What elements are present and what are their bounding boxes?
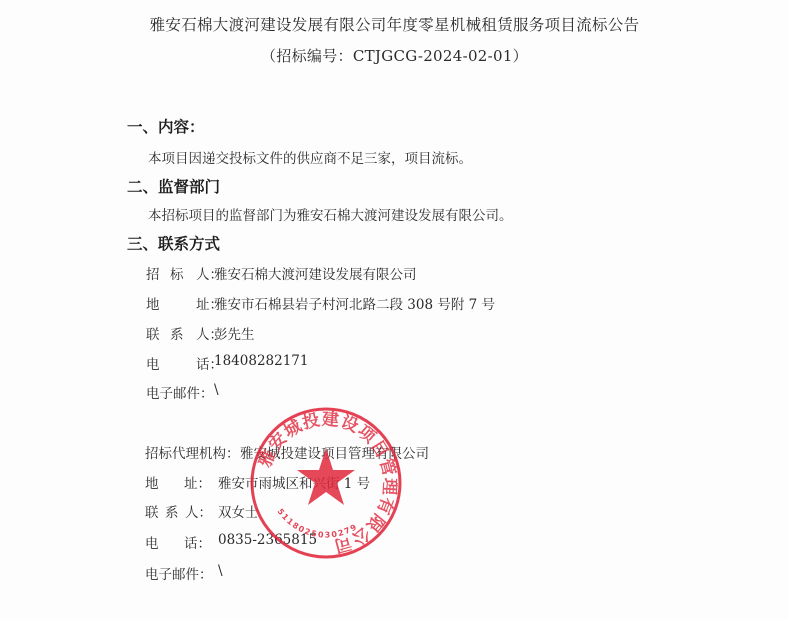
agency-email-label: 电子邮件：	[145, 563, 213, 583]
contact-label: 联系人：	[146, 323, 223, 343]
agency-address-row: 地址： 雅安市雨城区和兴街 1 号	[145, 472, 545, 492]
agency-contact-label: 联系人：	[145, 501, 212, 521]
contact-value: 彭先生	[214, 323, 255, 343]
agency-label: 招标代理机构：	[145, 442, 240, 462]
section-heading-contact: 三、联系方式	[127, 232, 220, 254]
tender-number: （招标编号：CTJGCG-2024-02-01）	[0, 45, 789, 66]
agency-phone-label: 电话：	[145, 532, 211, 552]
tenderer-email-row: 电子邮件： \	[146, 382, 546, 402]
agency-email-value: \	[218, 563, 223, 579]
tenderer-phone-row: 电话： 18408282171	[146, 353, 546, 373]
agency-row: 招标代理机构： 雅安城投建设项目管理有限公司	[145, 442, 545, 462]
agency-email-row: 电子邮件： \	[145, 563, 545, 583]
tenderer-label: 招标人：	[146, 263, 223, 283]
tenderer-row: 招标人： 雅安石棉大渡河建设发展有限公司	[146, 263, 546, 283]
agency-contact-row: 联系人： 双女士	[145, 501, 545, 521]
section-heading-supervision: 二、监督部门	[127, 175, 220, 197]
address-label: 地址：	[146, 293, 223, 313]
email-label: 电子邮件：	[146, 382, 214, 402]
tenderer-value: 雅安石棉大渡河建设发展有限公司	[214, 263, 417, 283]
phone-label: 电话：	[146, 353, 223, 373]
section-body-supervision: 本招标项目的监督部门为雅安石棉大渡河建设发展有限公司。	[148, 204, 513, 224]
document-title: 雅安石棉大渡河建设发展有限公司年度零星机械租赁服务项目流标公告	[0, 13, 789, 35]
section-heading-content: 一、内容：	[127, 115, 205, 137]
email-value: \	[214, 382, 219, 398]
phone-value: 18408282171	[214, 353, 308, 369]
agency-contact-value: 双女士	[218, 501, 259, 521]
agency-phone-value: 0835-2365815	[218, 532, 317, 548]
agency-address-value: 雅安市雨城区和兴街 1 号	[218, 472, 370, 492]
tenderer-address-row: 地址： 雅安市石棉县岩子村河北路二段 308 号附 7 号	[146, 293, 646, 313]
announcement-page: 雅安石棉大渡河建设发展有限公司年度零星机械租赁服务项目流标公告 （招标编号：CT…	[0, 0, 789, 619]
agency-value: 雅安城投建设项目管理有限公司	[240, 442, 429, 462]
section-body-content: 本项目因递交投标文件的供应商不足三家，项目流标。	[148, 147, 472, 167]
address-value: 雅安市石棉县岩子村河北路二段 308 号附 7 号	[214, 293, 495, 313]
tenderer-contact-row: 联系人： 彭先生	[146, 323, 546, 343]
agency-phone-row: 电话： 0835-2365815	[145, 532, 545, 552]
agency-address-label: 地址：	[145, 472, 211, 492]
